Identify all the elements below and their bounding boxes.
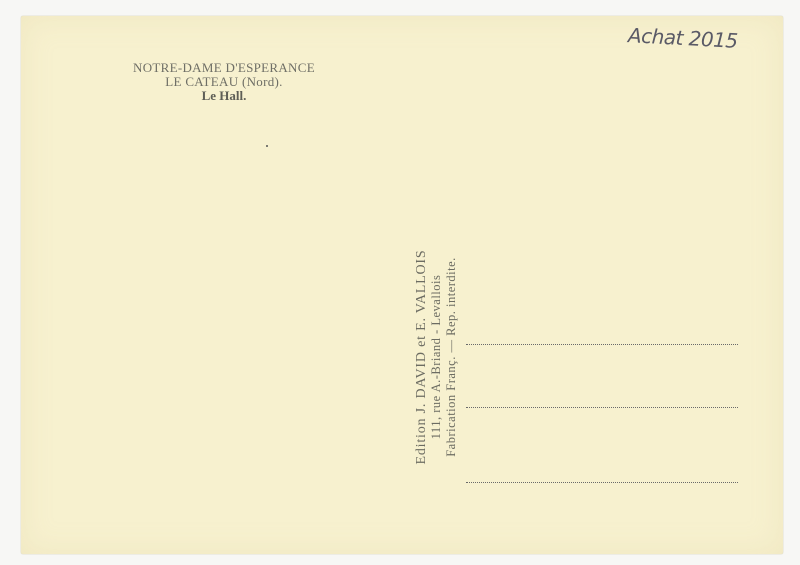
postcard-caption: NOTRE-DAME D'ESPERANCE LE CATEAU (Nord).… xyxy=(104,61,344,103)
caption-location: LE CATEAU (Nord). xyxy=(104,75,344,89)
caption-subject: Le Hall. xyxy=(104,89,344,103)
ink-speck xyxy=(266,145,268,147)
publisher-notice: Fabrication Franç. — Rep. interdite. xyxy=(444,217,459,497)
address-line-3 xyxy=(466,482,738,483)
caption-title: NOTRE-DAME D'ESPERANCE xyxy=(104,61,344,75)
address-line-1 xyxy=(466,344,738,345)
publisher-name: Edition J. DAVID et E. VALLOIS xyxy=(414,217,429,497)
address-line-2 xyxy=(466,407,738,408)
publisher-imprint: Edition J. DAVID et E. VALLOIS 111, rue … xyxy=(414,217,470,497)
publisher-address: 111, rue A.-Briand - Levallois xyxy=(429,217,444,497)
